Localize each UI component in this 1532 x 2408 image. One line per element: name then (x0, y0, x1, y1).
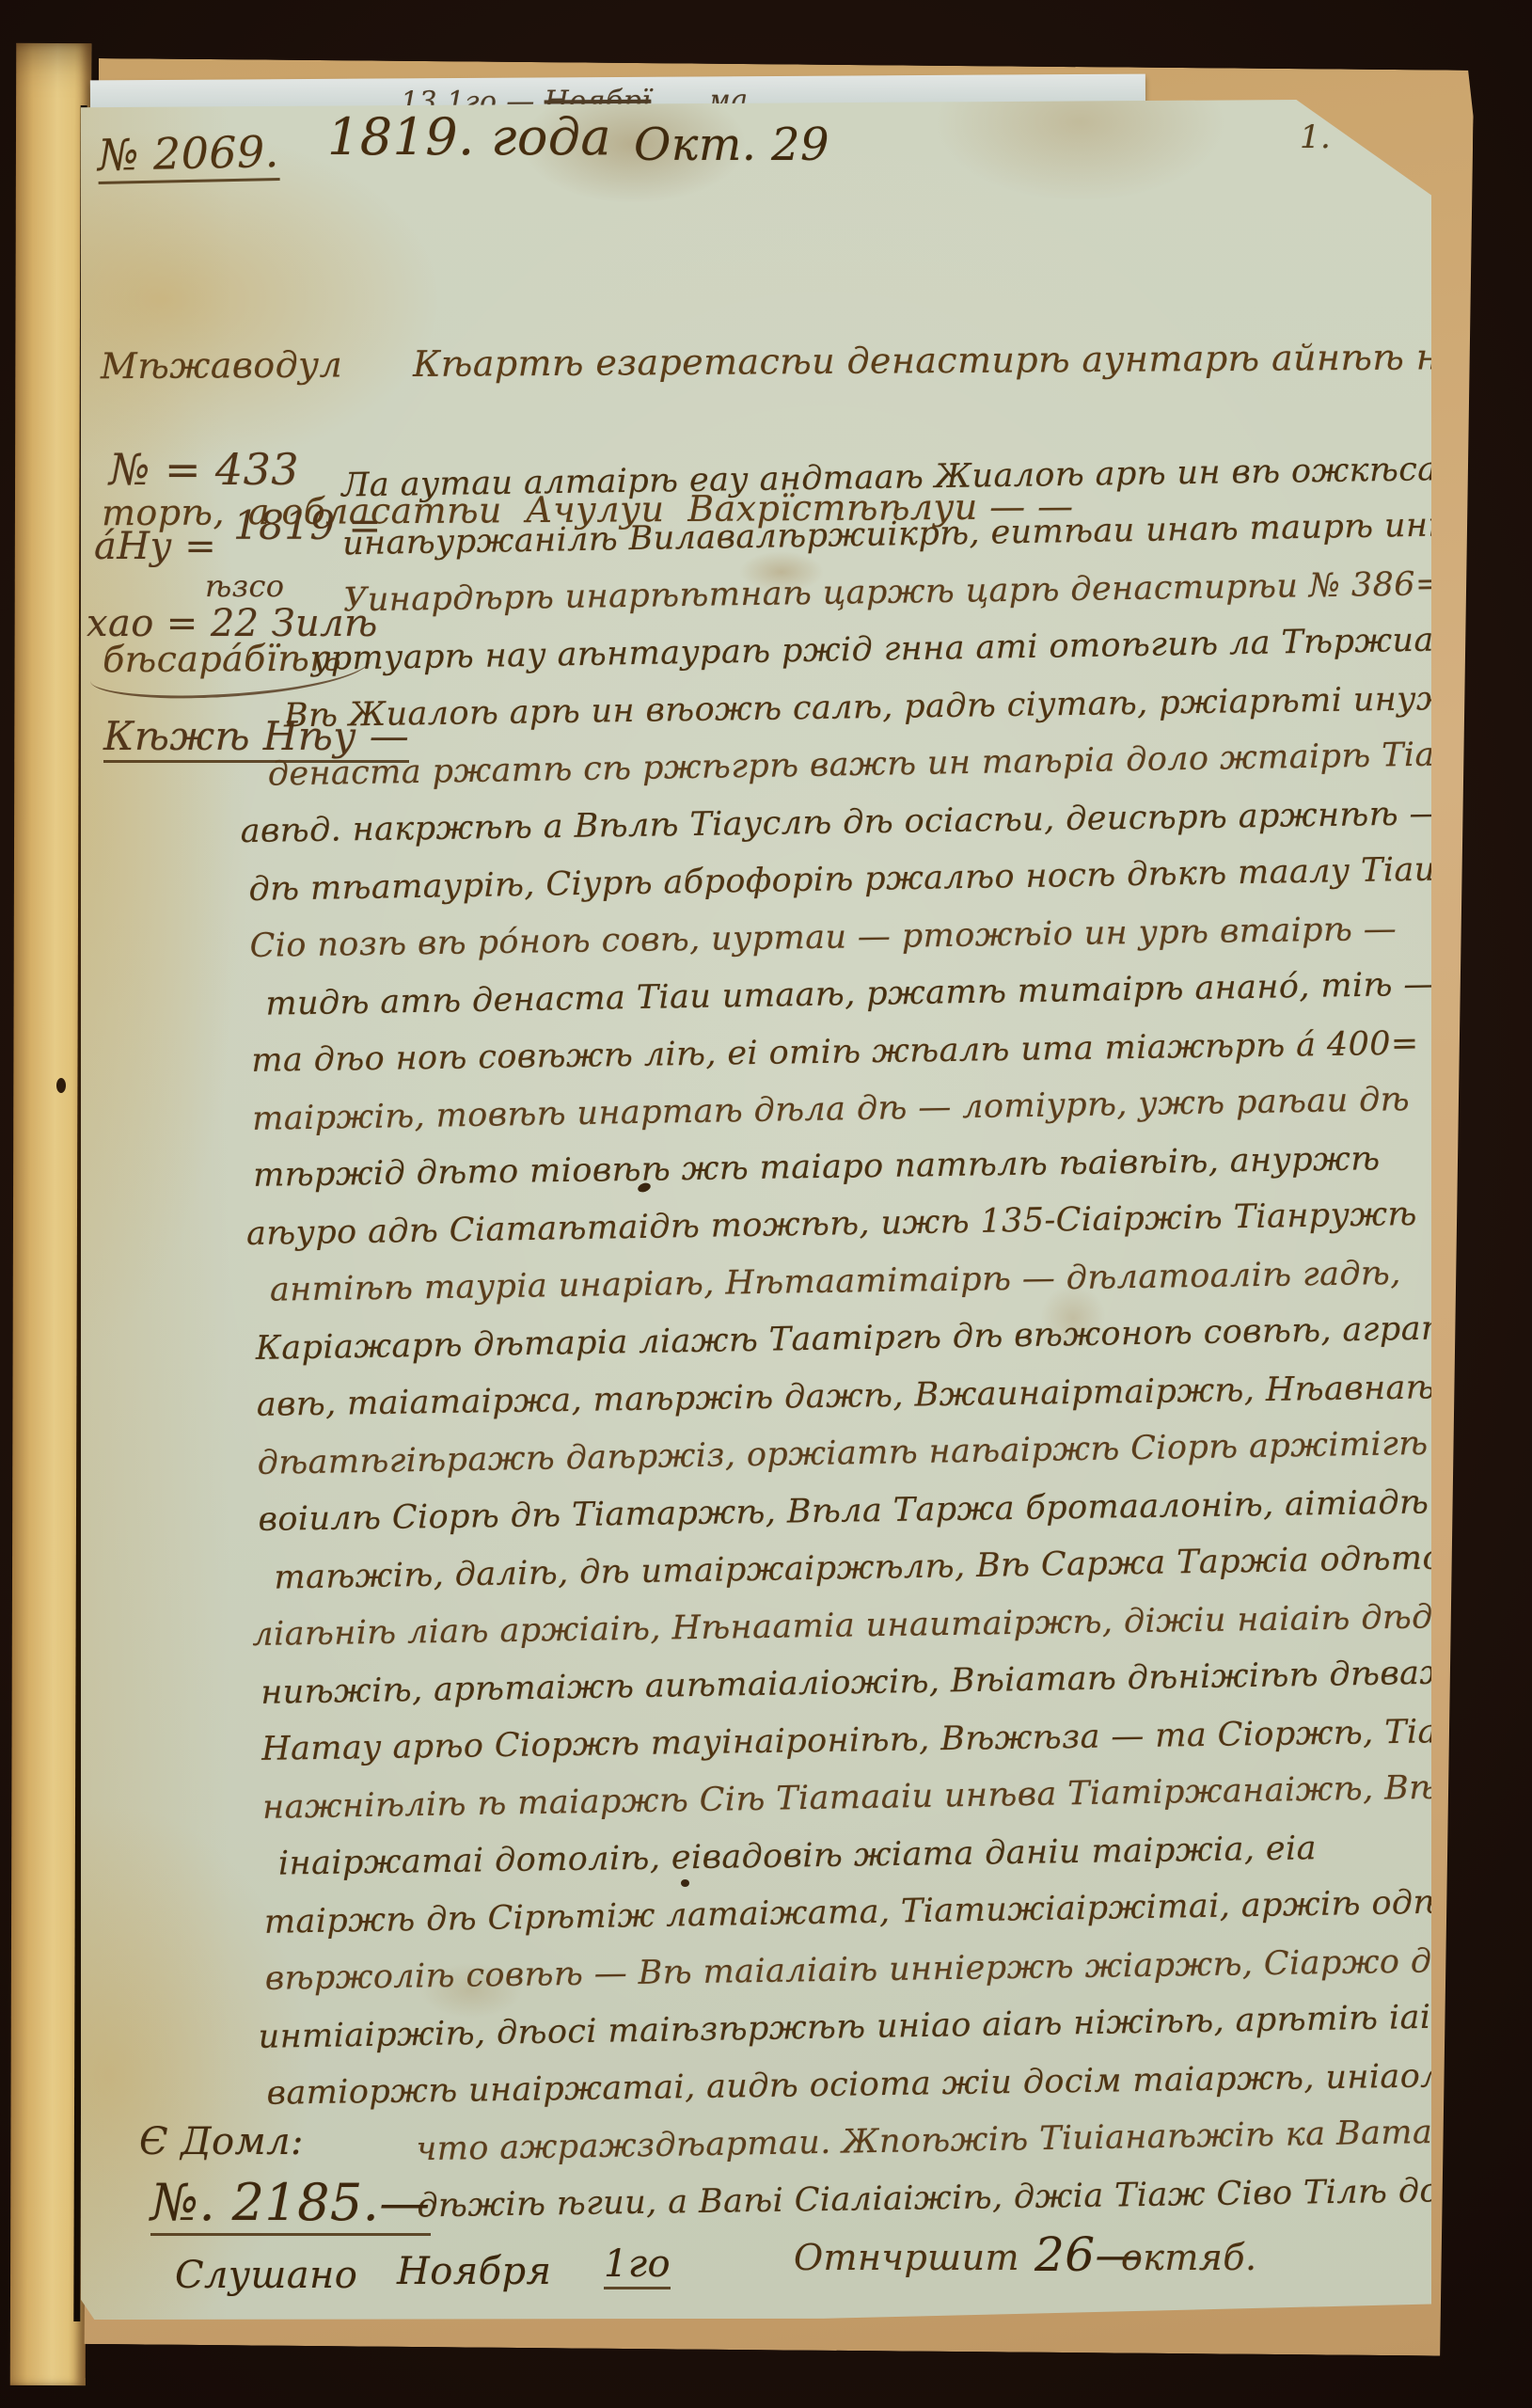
footer-heard-day: 1го (604, 2242, 671, 2286)
footer-signed-label: Отнчршит (794, 2237, 1019, 2278)
footer-dept: Є Домл: (139, 2120, 304, 2163)
doc-number: № 2069. (97, 126, 279, 181)
footer-heard-label: Слушано (175, 2254, 357, 2297)
body-text: Ла аутаи алтаірѣ еау андтааѣ Жиалоѣ арѣ … (243, 455, 1161, 2247)
footer-doc-number: №. 2185.— (150, 2173, 431, 2232)
doc-date: Окт. 29 (634, 119, 829, 171)
footer-doc-number-text: №. 2185.— (150, 2173, 431, 2236)
footer-signed-month: октяб. (1121, 2237, 1256, 2278)
ink-blot (56, 1078, 66, 1093)
main-page: № 2069. 1819. года Окт. 29 1. Мѣжаводул … (81, 100, 1431, 2320)
margin-note-year-label: а́Ну = (94, 525, 216, 568)
photo-background: 13 1го — Ноябрї ма № 2069. 1819. года Ок… (0, 0, 1532, 2408)
footer-heard-day-text: 1го (604, 2242, 671, 2289)
doc-number-underlined: № 2069. (97, 126, 279, 184)
subject-line: Мѣжаводул Кѣартѣ езаретасѣи денастирѣ ау… (101, 332, 1530, 391)
doc-year: 1819. года (327, 107, 611, 166)
footer-heard-month: Ноября (397, 2250, 551, 2293)
page-number: 1. (1300, 119, 1331, 156)
